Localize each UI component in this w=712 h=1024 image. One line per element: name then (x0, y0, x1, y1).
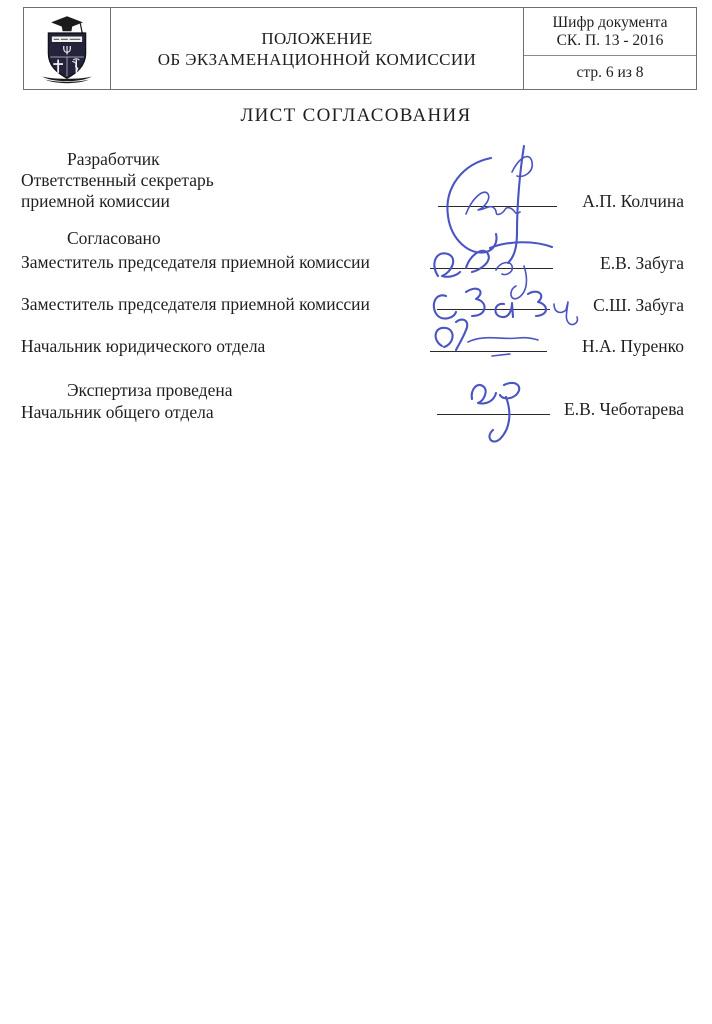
code-label: Шифр документа (524, 14, 696, 32)
document-code-cell: Шифр документа СК. П. 13 - 2016 стр. 6 и… (524, 8, 696, 89)
row5-position-line1: Начальник общего отдела (21, 402, 214, 423)
row2-section-label: Согласовано (67, 228, 161, 249)
row4-signature-purenko (426, 316, 562, 362)
row4-position-line1: Начальник юридического отдела (21, 336, 265, 357)
row4-name: Н.А. Пуренко (582, 336, 684, 357)
logo-cell: Ψ (24, 8, 111, 89)
document-page: Ψ ПОЛОЖЕНИЕ ОБ ЭКЗАМЕНАЦИОННОЙ КОМИ (0, 0, 712, 1024)
document-header: Ψ ПОЛОЖЕНИЕ ОБ ЭКЗАМЕНАЦИОННОЙ КОМИ (23, 7, 697, 90)
document-title-line2: ОБ ЭКЗАМЕНАЦИОННОЙ КОМИССИИ (158, 49, 477, 70)
row2-name: Е.В. Забуга (600, 253, 684, 274)
row5-section-label: Экспертиза проведена (67, 380, 232, 401)
row5-signature-chebotareva (458, 377, 554, 451)
svg-text:Ψ: Ψ (62, 43, 71, 57)
university-emblem-icon: Ψ (36, 14, 98, 84)
row3-position-line1: Заместитель председателя приемной комисс… (21, 294, 370, 315)
row1-name: А.П. Колчина (582, 191, 684, 212)
sheet-heading: ЛИСТ СОГЛАСОВАНИЯ (0, 105, 712, 127)
row1-section-label: Разработчик (67, 149, 160, 170)
row1-position-line2: приемной комиссии (21, 191, 170, 212)
row2-position-line1: Заместитель председателя приемной комисс… (21, 252, 370, 273)
page-number: стр. 6 из 8 (524, 56, 696, 89)
row3-name: С.Ш. Забуга (593, 295, 684, 316)
document-title-cell: ПОЛОЖЕНИЕ ОБ ЭКЗАМЕНАЦИОННОЙ КОМИССИИ (111, 8, 524, 89)
code-value: СК. П. 13 - 2016 (524, 32, 696, 50)
document-title-line1: ПОЛОЖЕНИЕ (261, 28, 372, 49)
row5-name: Е.В. Чеботарева (564, 399, 684, 420)
row1-position-line1: Ответственный секретарь (21, 170, 214, 191)
document-code-block: Шифр документа СК. П. 13 - 2016 (524, 8, 696, 56)
